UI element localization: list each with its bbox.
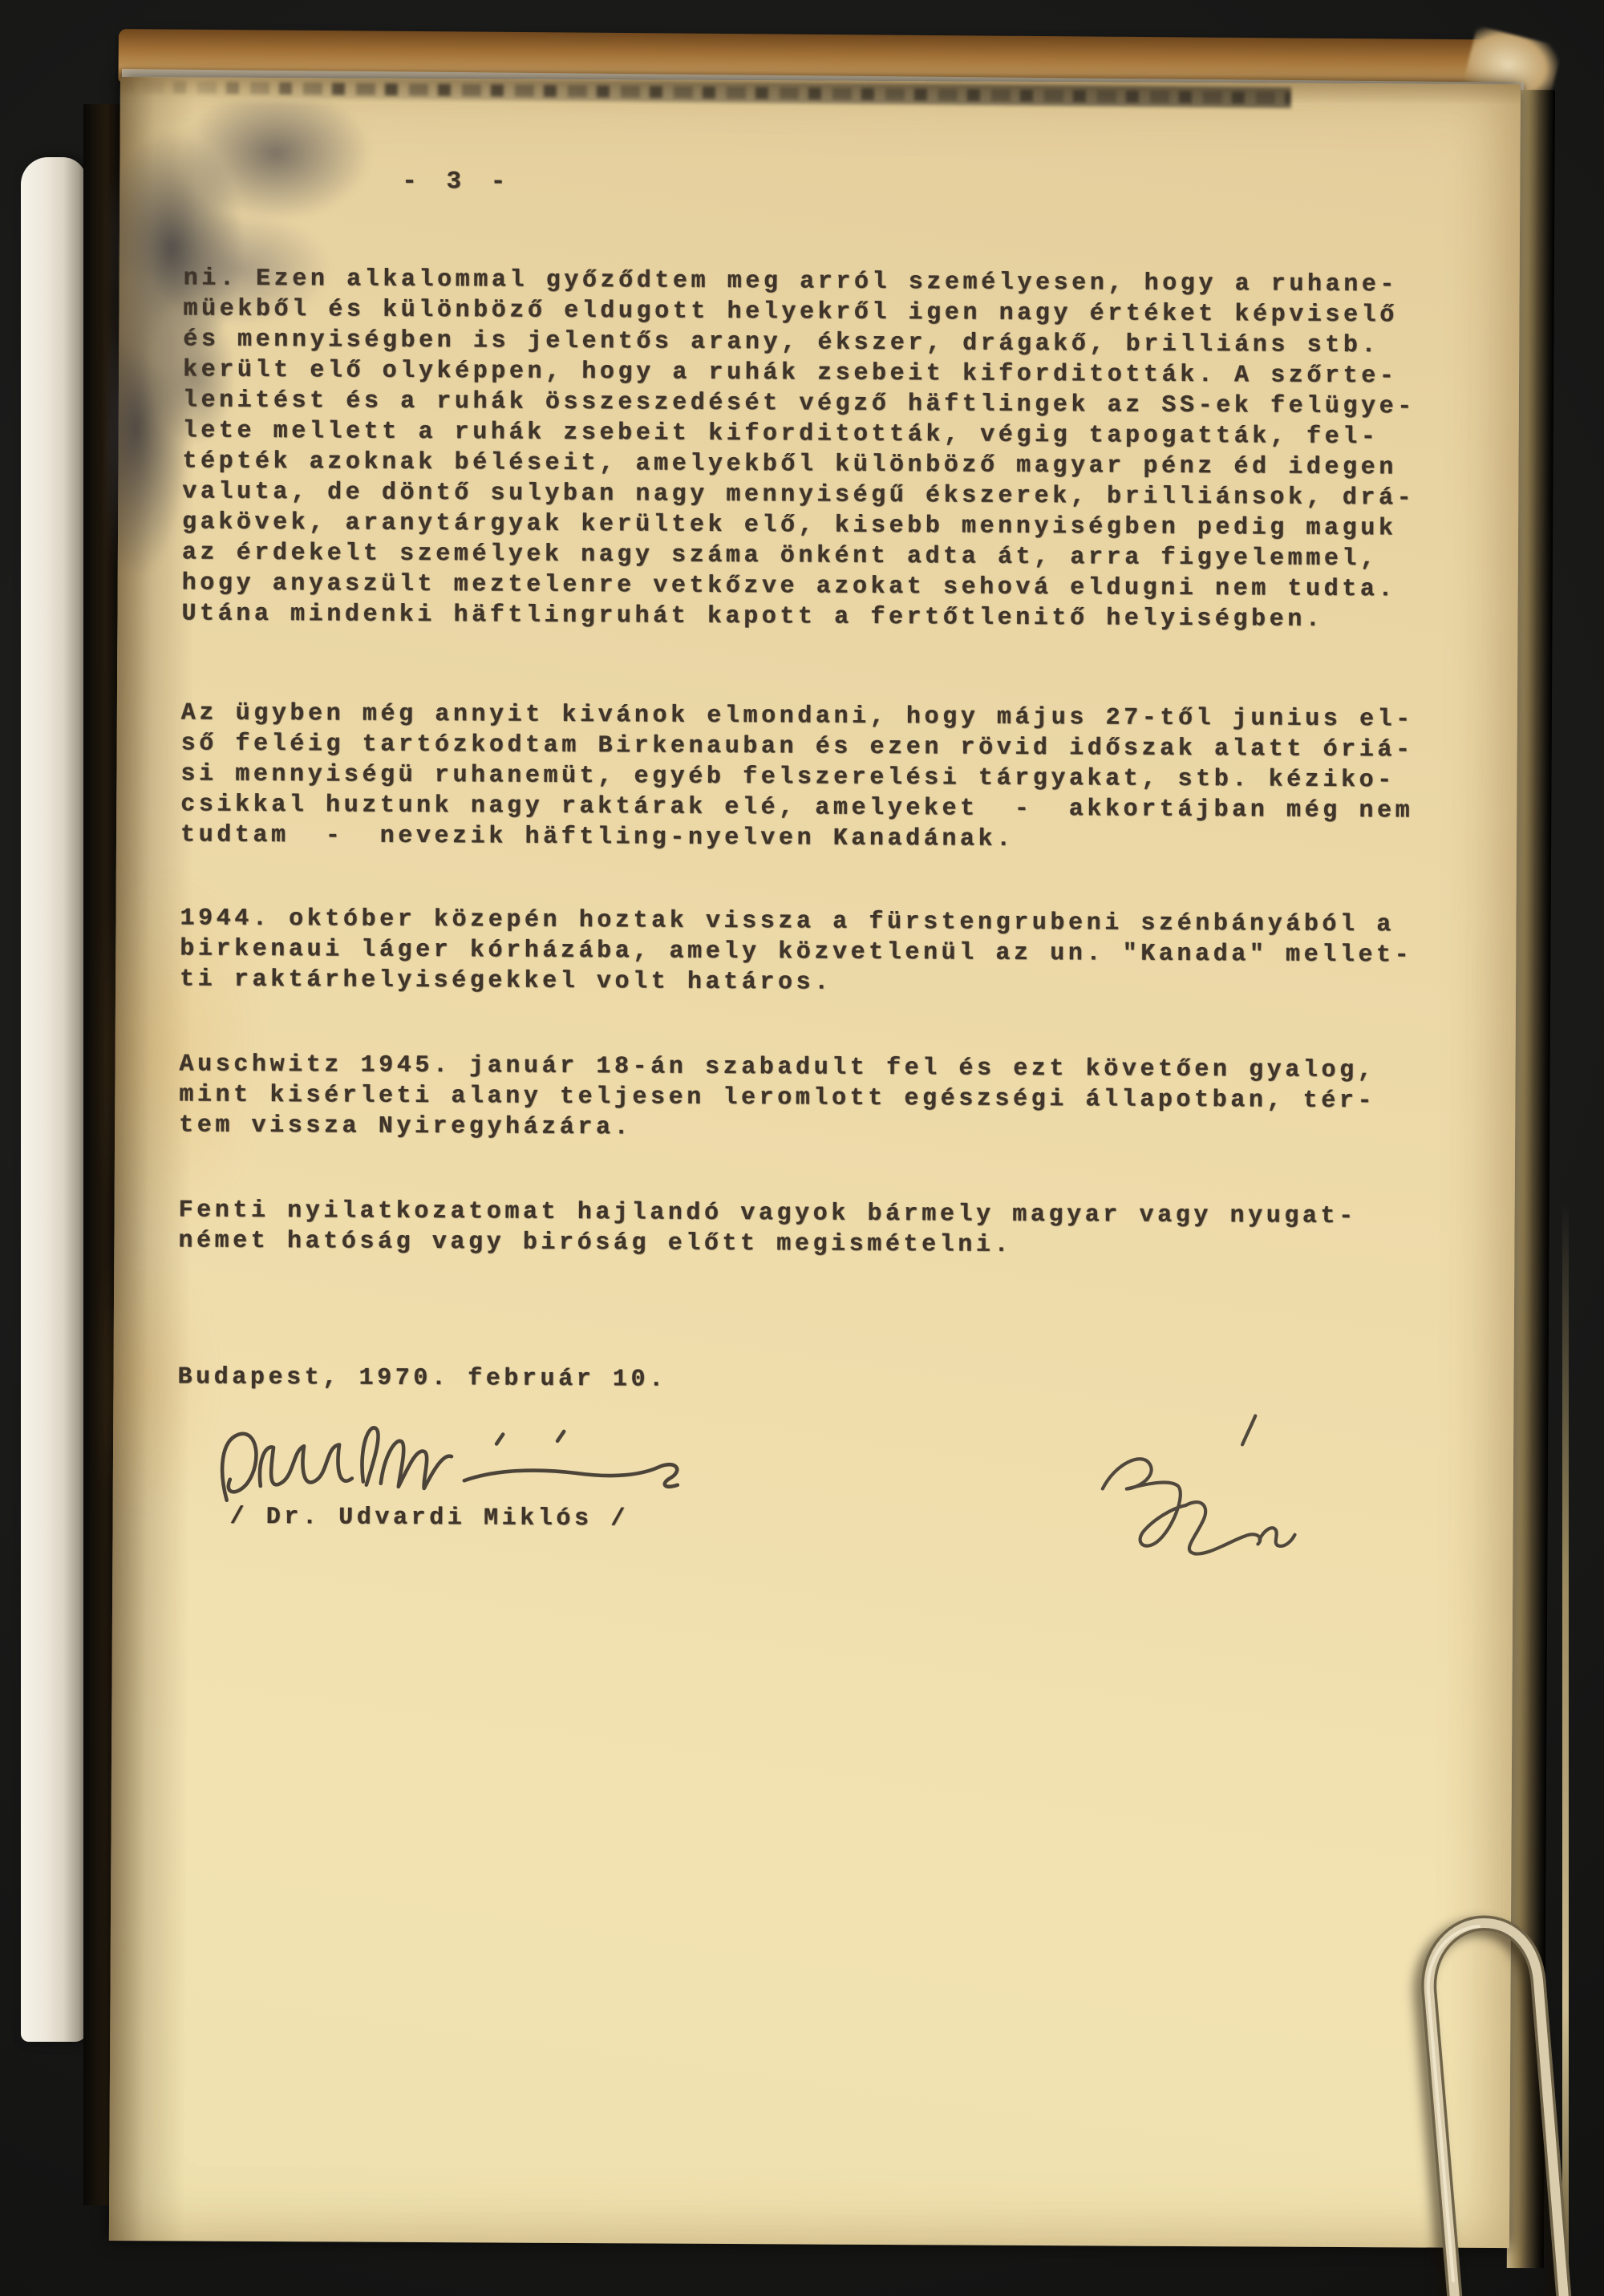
paragraph-2: Az ügyben még annyit kivánok elmondani, … (180, 698, 1414, 856)
left-page-edges (21, 157, 87, 2042)
paragraph-1: ni. Ezen alkalommal győződtem meg arról … (181, 263, 1416, 635)
handwritten-initials (1073, 1407, 1298, 1568)
document-page: - 3 - Budapest, 1970. február 10. / Dr. … (109, 77, 1521, 2248)
paragraph-4: Auschwitz 1945. január 18-án szabadult f… (179, 1049, 1375, 1147)
paragraph-3: 1944. október közepén hoztak vissza a fü… (180, 903, 1413, 1001)
date-line: Budapest, 1970. február 10. (177, 1362, 666, 1395)
typed-signatory-name: / Dr. Udvardi Miklós / (229, 1502, 628, 1535)
document-body: Budapest, 1970. február 10. / Dr. Udvard… (173, 77, 1484, 2247)
scan-background: { "doc": { "page_number": "- 3 -", "para… (0, 0, 1604, 2296)
paperclip (1384, 1880, 1604, 2296)
paragraph-5: Fenti nyilatkozatomat hajlandó vagyok bá… (178, 1195, 1357, 1262)
